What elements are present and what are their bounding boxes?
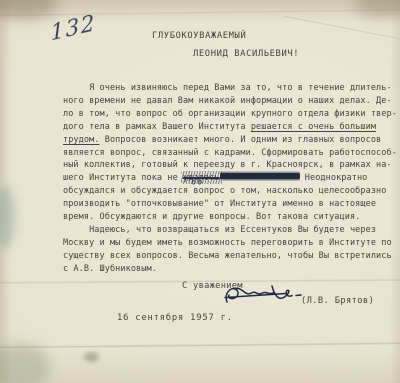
paper-crease-diagonal (283, 16, 400, 43)
salutation-line-2: ЛЕОНИД ВАСИЛЬЕВИЧ! (193, 49, 299, 59)
letter-scan-page: 132 ГЛУБОКОУВАЖАЕМЫЙ ЛЕОНИД ВАСИЛЬЕВИЧ! … (0, 0, 400, 383)
handwritten-page-number: 132 (50, 11, 97, 47)
paper-stain-bottom-left (0, 343, 50, 383)
signer-typed-name: (Л.В. Брятов) (301, 296, 374, 306)
date-line: 16 сентября 1957 г. (117, 313, 233, 323)
paper-stain-spot (84, 352, 99, 362)
paper-stain-left (0, 186, 16, 248)
body-paragraph-2: Надеюсь, что возвращаться из Ессентуков … (63, 225, 392, 274)
handwritten-signature (222, 283, 302, 310)
salutation-line-1: ГЛУБОКОУВАЖАЕМЫЙ (152, 31, 246, 41)
paper-crease-bottom (0, 342, 400, 349)
paper-crease-top (0, 9, 400, 17)
paper-shadow-top-right (354, 0, 400, 18)
letter-body: Я очень извиняюсь перед Вами за то, что … (63, 82, 400, 276)
ink-correction-mark (190, 178, 205, 187)
ink-redaction-bar (220, 173, 300, 179)
paper-shadow-top-left (0, 0, 58, 20)
